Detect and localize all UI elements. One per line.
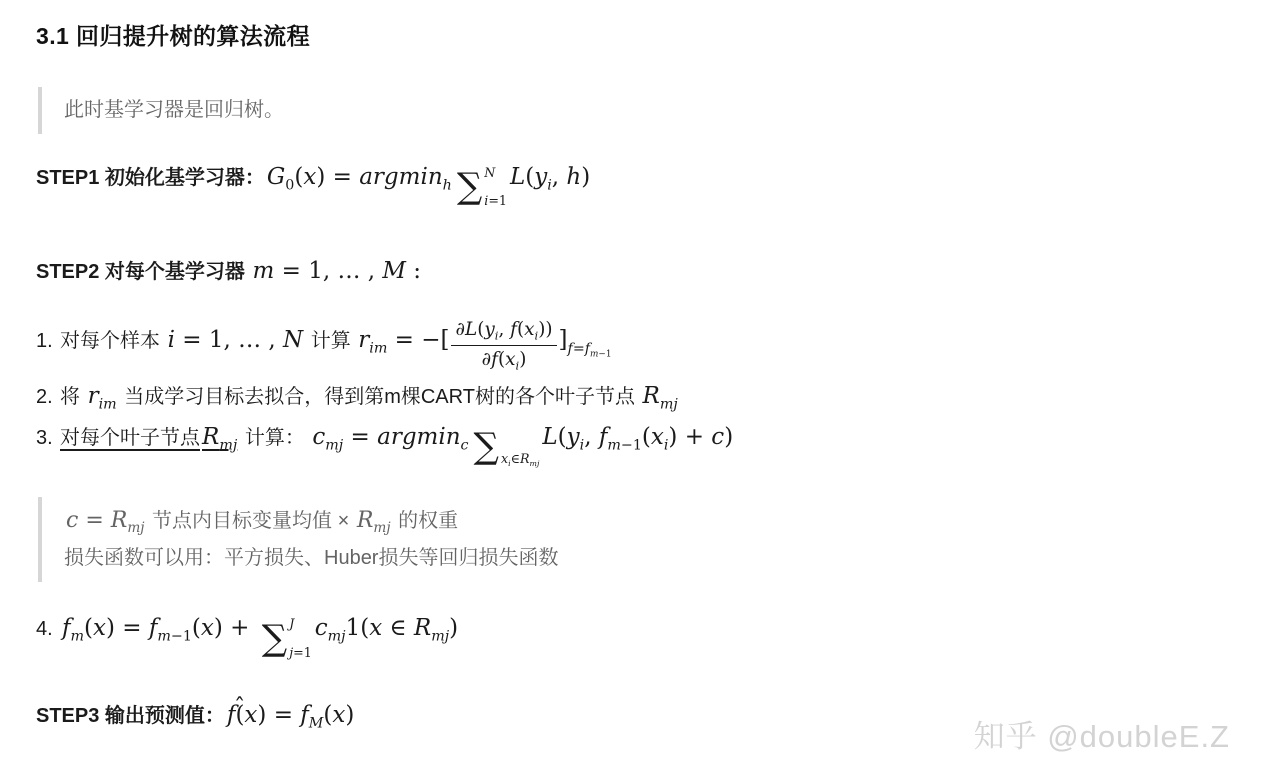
list-item-3: 3.对每个叶子节点Rmj 计算： cmj = argminc∑xi∈RmjL(y… (36, 421, 1240, 471)
list-marker-1: 1. (36, 330, 60, 353)
quote-text: 此时基学习器是回归树。 (64, 92, 1240, 129)
list-item-4: 4.fm(x) = fm−1(x) + ∑Jj=1cmj1(x ∈ Rmj) (36, 615, 1240, 662)
list-item-3-text: 对每个叶子节点Rmj 计算： cmj = argminc∑xi∈RmjL(yi,… (60, 427, 735, 449)
section-heading: 3.1 回归提升树的算法流程 (36, 18, 1240, 51)
list-item-1-text: 对每个样本 i = 1, … , N 计算 rim = −[∂L(yi, f(x… (60, 330, 613, 352)
list-marker-4: 4. (36, 618, 60, 641)
step2-line: STEP2 对每个基学习器 m = 1, … , M : (36, 255, 1240, 284)
article-page: 3.1 回归提升树的算法流程 此时基学习器是回归树。 STEP1 初始化基学习器… (0, 0, 1280, 776)
list-marker-2: 2. (36, 386, 60, 409)
algorithm-steps-list: 1.对每个样本 i = 1, … , N 计算 rim = −[∂L(yi, f… (36, 319, 1240, 471)
watermark: 知乎 @doubleE.Z (974, 711, 1230, 756)
list-item-4-text: fm(x) = fm−1(x) + ∑Jj=1cmj1(x ∈ Rmj) (60, 618, 460, 640)
list-marker-3: 3. (36, 427, 60, 450)
blockquote-base-learner: 此时基学习器是回归树。 (38, 87, 1240, 134)
list-item-1: 1.对每个样本 i = 1, … , N 计算 rim = −[∂L(yi, f… (36, 319, 1240, 371)
quote-line-1: c = Rmj 节点内目标变量均值 × Rmj 的权重 (64, 502, 1240, 540)
list-item-2-text: 将 rim 当成学习目标去拟合，得到第m棵CART树的各个叶子节点 Rmj (60, 386, 680, 408)
list-item-2: 2.将 rim 当成学习目标去拟合，得到第m棵CART树的各个叶子节点 Rmj (36, 380, 1240, 412)
blockquote-loss-note: c = Rmj 节点内目标变量均值 × Rmj 的权重 损失函数可以用：平方损失… (38, 497, 1240, 582)
step1-line: STEP1 初始化基学习器：G0(x) = argminh∑Ni=1L(yi, … (36, 161, 1240, 211)
quote-line-2: 损失函数可以用：平方损失、Huber损失等回归损失函数 (64, 540, 1240, 577)
